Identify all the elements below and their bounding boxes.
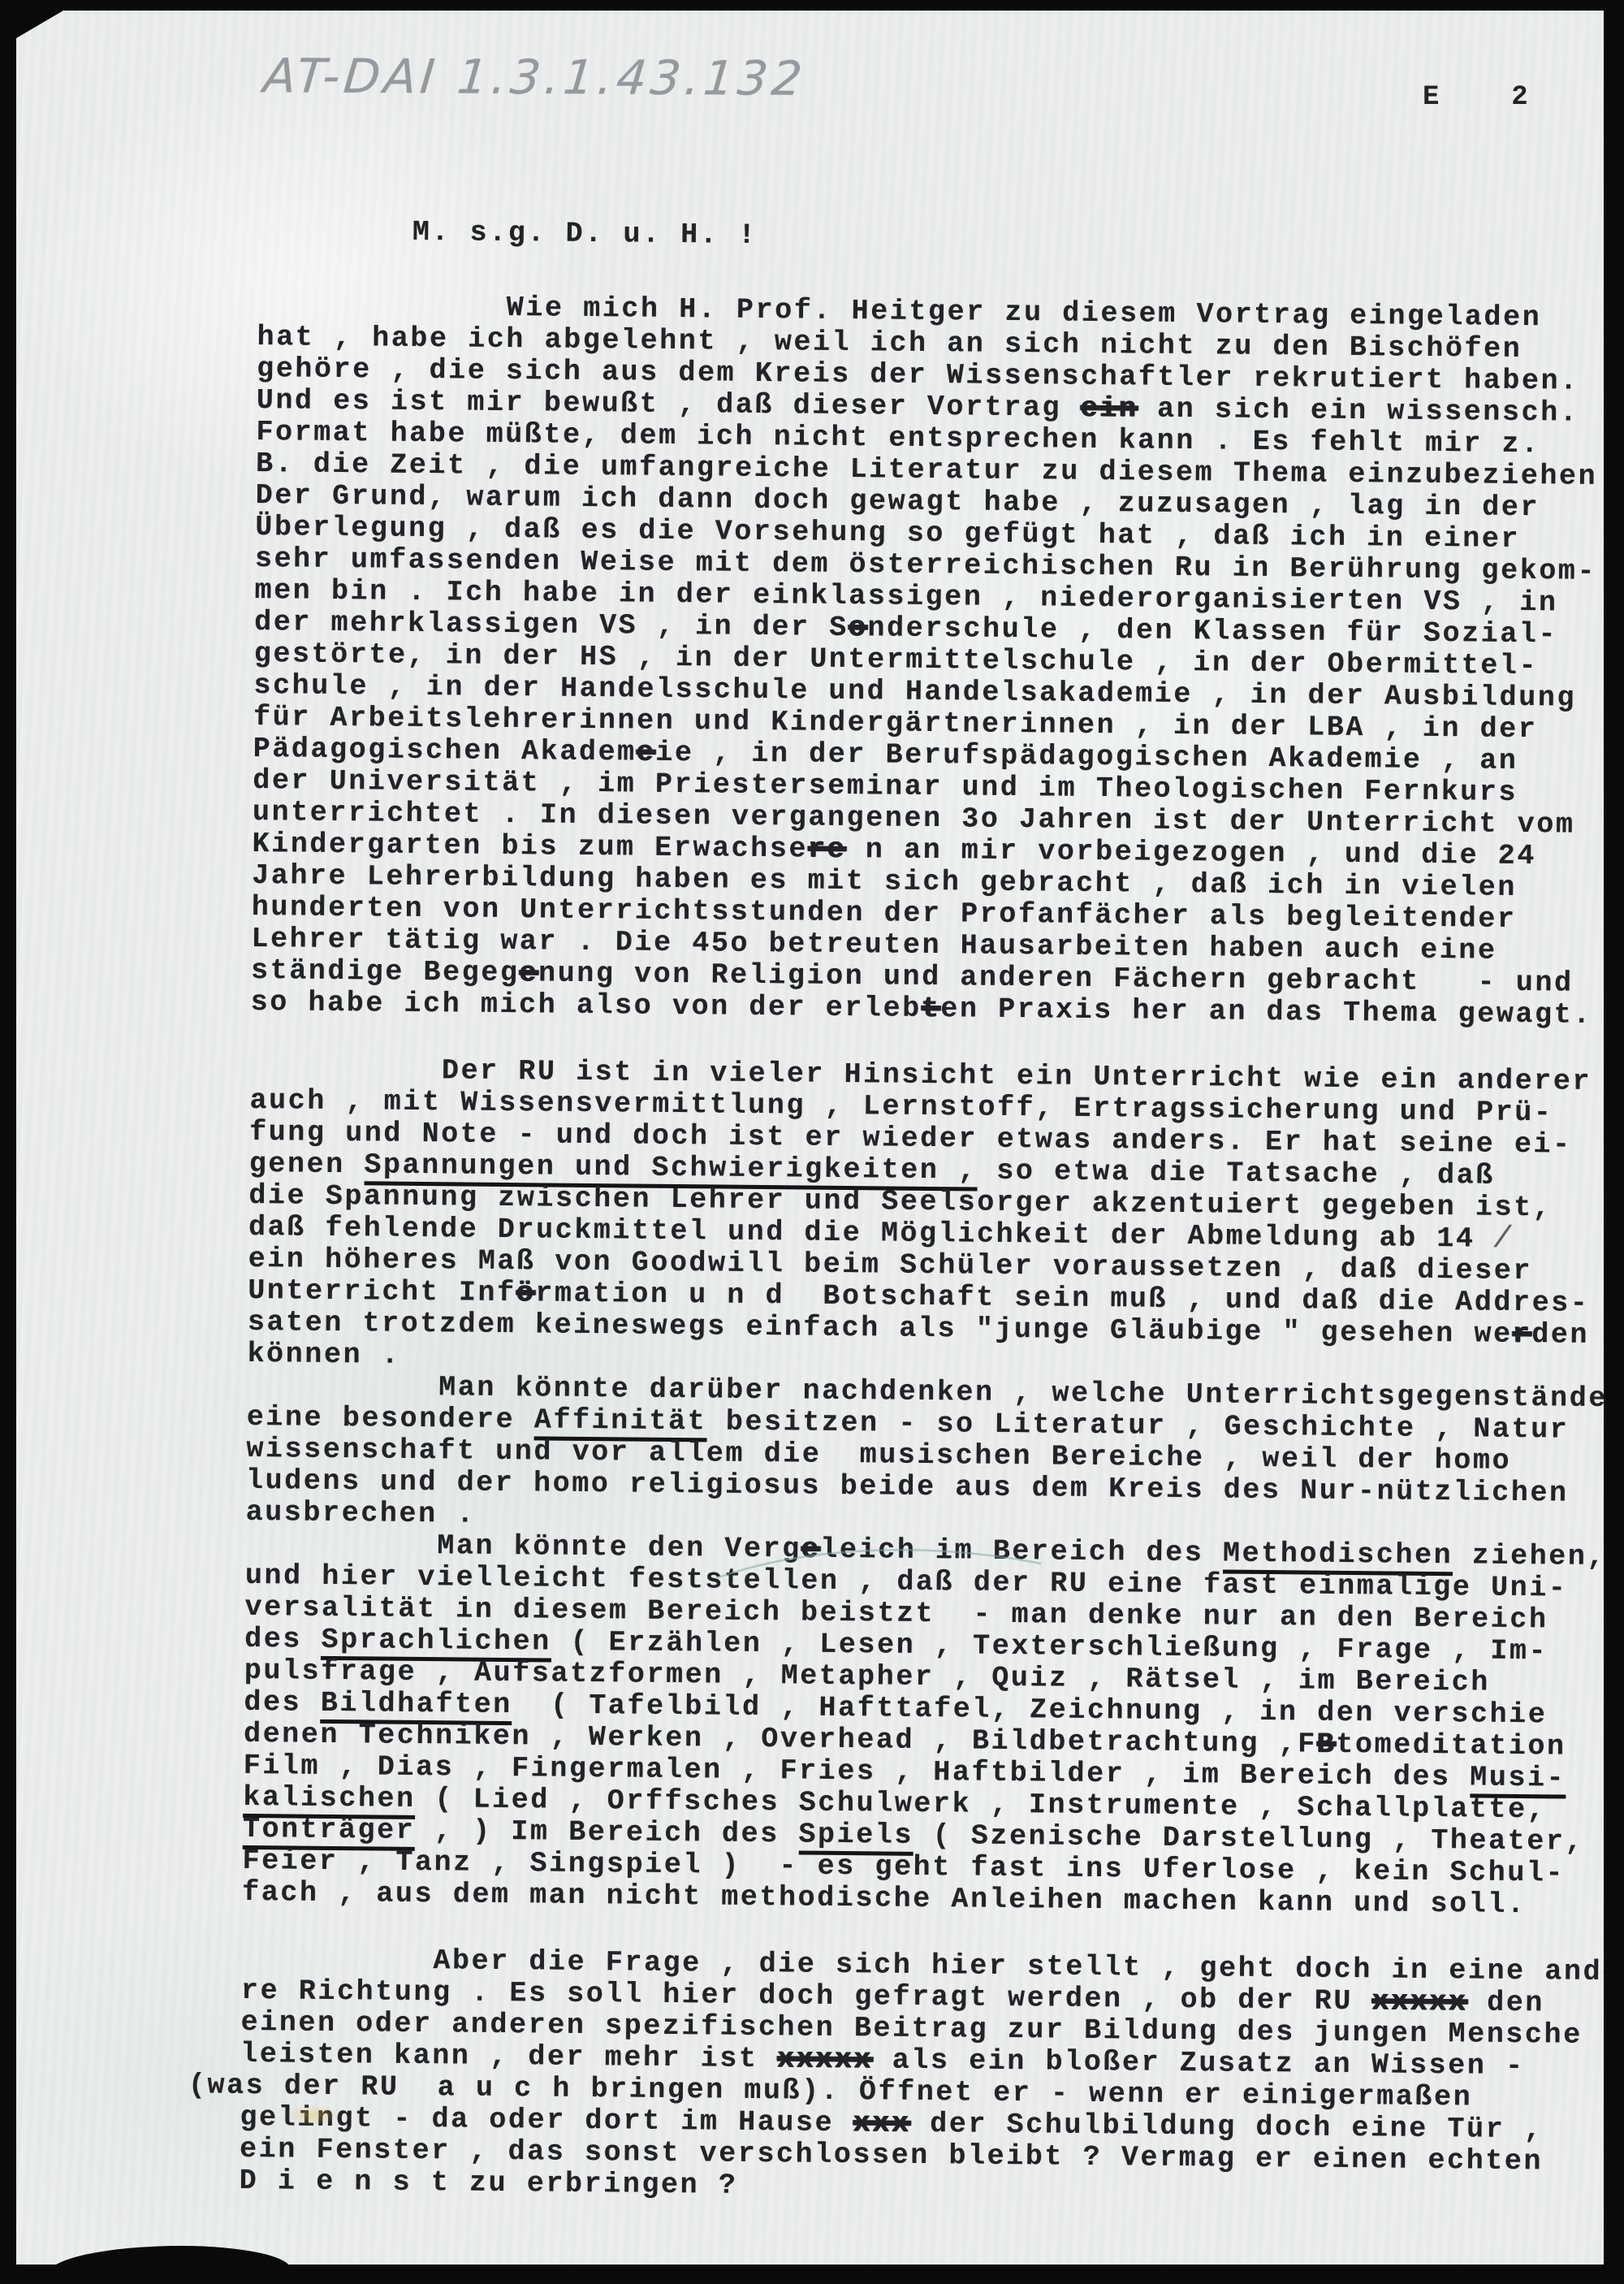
document-page: AT-DAI 1.3.1.43.132 E 2 M. s.g. D. u. H.… — [16, 11, 1604, 2265]
overtype-correction: xxx — [853, 2107, 911, 2140]
text-segment: den — [1531, 1318, 1589, 1352]
scan-surface: { "page": { "archive_ref": "AT-DAI 1.3.1… — [0, 0, 1624, 2284]
text-segment: eine besondere — [247, 1401, 534, 1436]
overtype-correction: e — [637, 737, 656, 769]
text-segment: ausbrechen . — [245, 1496, 476, 1531]
text-segment: Unterricht Inf — [248, 1274, 516, 1309]
corner-cut — [16, 11, 63, 38]
torn-paper-edge — [47, 2246, 291, 2265]
text-segment: ständige Begeg — [251, 954, 520, 989]
typed-text-layer: M. s.g. D. u. H. ! Wie mich H. Prof. Hei… — [240, 215, 1604, 2211]
overtype-correction: r — [1512, 1318, 1531, 1351]
paragraph: Man könnte darüber nachdenken , welche U… — [245, 1370, 1604, 1542]
document-body: Wie mich H. Prof. Heitger zu diesem Vort… — [240, 290, 1604, 2211]
text-segment: des — [244, 1623, 322, 1656]
overtype-correction: ö — [516, 1277, 536, 1309]
overtype-correction: o — [849, 612, 868, 644]
text-segment: tomeditation — [1336, 1728, 1566, 1763]
text-segment: Pädagogischen Akadem — [253, 733, 637, 769]
overtype-correction: re — [808, 833, 847, 866]
salutation: M. s.g. D. u. H. ! — [258, 215, 1604, 261]
overtype-correction: xxxxx — [777, 2043, 873, 2076]
text-segment: , ) Im Bereich des — [415, 1815, 798, 1851]
pencil-mark: / — [1491, 1220, 1517, 1259]
pen-stroke-mark — [713, 1536, 1054, 1593]
text-segment: an sich ein wissensch. — [1138, 392, 1579, 429]
text-segment: können . — [247, 1338, 400, 1372]
overtype-correction: e — [519, 957, 538, 989]
text-segment: so habe ich mich also von der erleb — [251, 986, 922, 1025]
text-segment: en Praxis her an das Thema gewagt. — [940, 993, 1592, 1032]
paragraph: Der RU ist in vieler Hinsicht ein Unterr… — [247, 1053, 1604, 1384]
paper-stain — [284, 2104, 341, 2126]
overtype-correction: B — [1317, 1728, 1337, 1761]
text-segment: des — [244, 1686, 321, 1719]
text-segment: genen — [249, 1148, 365, 1181]
text-segment: D i e n s t zu erbringen ? — [240, 2165, 738, 2202]
archive-reference: AT-DAI 1.3.1.43.132 — [261, 48, 809, 106]
page-number: E 2 — [1423, 82, 1528, 113]
text-segment: ziehen, — [1453, 1539, 1604, 1573]
overtype-correction: xxxxx — [1371, 1985, 1467, 2018]
paragraph: Wie mich H. Prof. Heitger zu diesem Vort… — [251, 290, 1604, 1032]
text-segment: den — [1467, 1986, 1544, 2019]
overtype-correction: ein — [1081, 392, 1138, 426]
paragraph: Aber die Frage , die sich hier stellt , … — [240, 1944, 1604, 2211]
overtype-correction: t — [922, 993, 941, 1025]
